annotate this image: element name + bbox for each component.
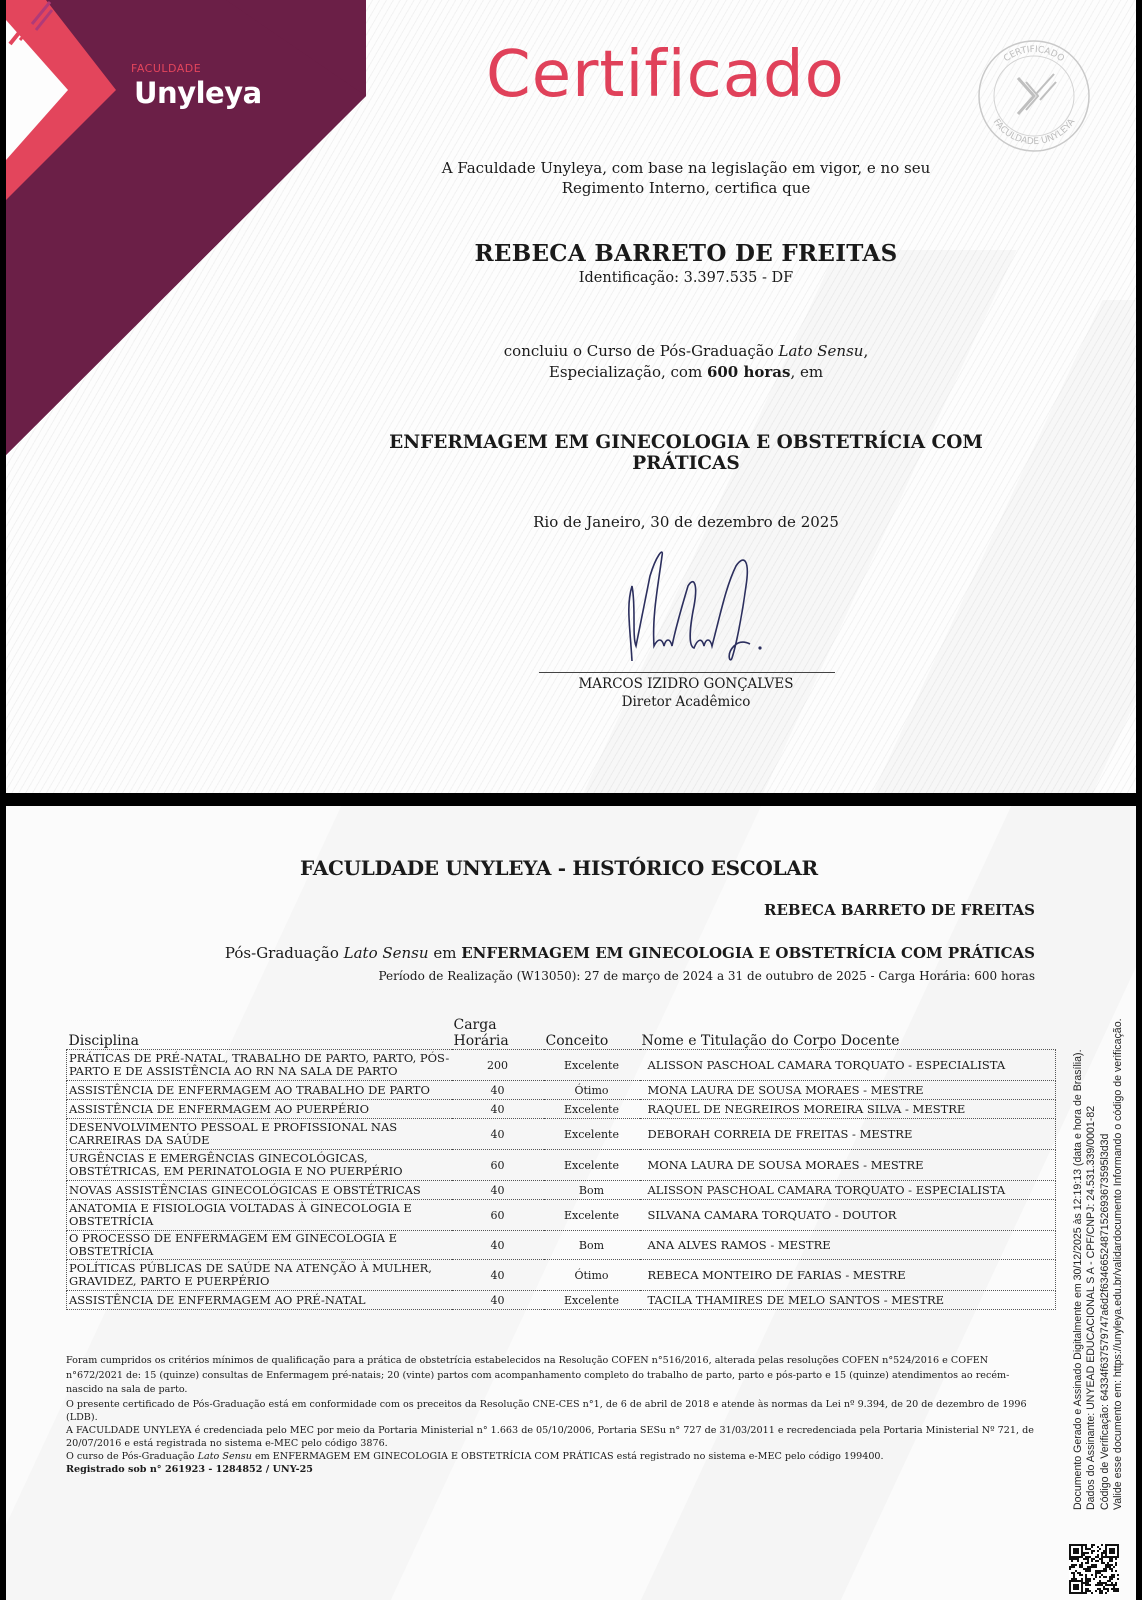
qr-code-icon[interactable] (1069, 1544, 1119, 1594)
svg-text:CERTIFICADO: CERTIFICADO (1002, 45, 1066, 64)
cell-grade: Excelente (544, 1100, 640, 1119)
intro-line-1: A Faculdade Unyleya, com base na legisla… (336, 158, 1036, 178)
table-row: O PROCESSO DE ENFERMAGEM EM GINECOLOGIA … (67, 1231, 1056, 1260)
cell-hours: 40 (452, 1231, 544, 1260)
note-cofen: Foram cumpridos os critérios mínimos de … (66, 1354, 1036, 1398)
header-discipline: Disciplina (67, 1015, 452, 1050)
cell-discipline: ASSISTÊNCIA DE ENFERMAGEM AO TRABALHO DE… (67, 1081, 452, 1100)
table-row: ASSISTÊNCIA DE ENFERMAGEM AO TRABALHO DE… (67, 1081, 1056, 1100)
cell-grade: Bom (544, 1181, 640, 1200)
cell-hours: 40 (452, 1081, 544, 1100)
stamp-line-1: Documento Gerado e Assinado Digitalmente… (1072, 1018, 1085, 1510)
cell-discipline: ASSISTÊNCIA DE ENFERMAGEM AO PRÉ-NATAL (67, 1291, 452, 1310)
cell-grade: Excelente (544, 1200, 640, 1231)
table-row: ANATOMIA E FISIOLOGIA VOLTADAS À GINECOL… (67, 1200, 1056, 1231)
cell-hours: 60 (452, 1150, 544, 1181)
cell-grade: Excelente (544, 1050, 640, 1081)
completion-line-2: Especialização, com 600 horas, em (336, 362, 1036, 383)
cell-teacher: REBECA MONTEIRO DE FARIAS - MESTRE (640, 1260, 1056, 1291)
table-row: DESENVOLVIMENTO PESSOAL E PROFISSIONAL N… (67, 1119, 1056, 1150)
seal-icon: CERTIFICADO FACULDADE UNYLEYA (976, 38, 1092, 154)
digital-signature-stamp: Documento Gerado e Assinado Digitalmente… (1072, 1018, 1125, 1510)
note-accreditation: A FACULDADE UNYLEYA é credenciada pelo M… (66, 1424, 1036, 1450)
cell-hours: 40 (452, 1260, 544, 1291)
transcript-student-name: REBECA BARRETO DE FREITAS (764, 901, 1035, 919)
cell-grade: Ótimo (544, 1081, 640, 1100)
cell-teacher: ANA ALVES RAMOS - MESTRE (640, 1231, 1056, 1260)
cell-teacher: RAQUEL DE NEGREIROS MOREIRA SILVA - MEST… (640, 1100, 1056, 1119)
cell-grade: Ótimo (544, 1260, 640, 1291)
signature-icon (602, 546, 772, 671)
table-row: NOVAS ASSISTÊNCIAS GINECOLÓGICAS E OBSTÉ… (67, 1181, 1056, 1200)
cell-discipline: DESENVOLVIMENTO PESSOAL E PROFISSIONAL N… (67, 1119, 452, 1150)
cell-hours: 40 (452, 1119, 544, 1150)
cell-grade: Excelente (544, 1150, 640, 1181)
transcript-period: Período de Realização (W13050): 27 de ma… (378, 969, 1035, 983)
note-conformity: O presente certificado de Pós-Graduação … (66, 1398, 1036, 1424)
cell-discipline: ANATOMIA E FISIOLOGIA VOLTADAS À GINECOL… (67, 1200, 452, 1231)
course-name: ENFERMAGEM EM GINECOLOGIA E OBSTETRÍCIA … (336, 432, 1036, 474)
cell-teacher: TACILA THAMIRES DE MELO SANTOS - MESTRE (640, 1291, 1056, 1310)
transcript-notes: Foram cumpridos os critérios mínimos de … (66, 1354, 1036, 1476)
completion-statement: concluiu o Curso de Pós-Graduação Lato S… (336, 341, 1036, 383)
cell-discipline: POLÍTICAS PÚBLICAS DE SAÚDE NA ATENÇÃO À… (67, 1260, 452, 1291)
cell-teacher: SILVANA CAMARA TORQUATO - DOUTOR (640, 1200, 1056, 1231)
note-registration: Registrado sob n° 261923 - 1284852 / UNY… (66, 1463, 1036, 1476)
cell-grade: Excelente (544, 1119, 640, 1150)
table-row: POLÍTICAS PÚBLICAS DE SAÚDE NA ATENÇÃO À… (67, 1260, 1056, 1291)
cell-teacher: ALISSON PASCHOAL CAMARA TORQUATO - ESPEC… (640, 1181, 1056, 1200)
signer-role: Diretor Acadêmico (336, 694, 1036, 710)
student-id: Identificação: 3.397.535 - DF (336, 270, 1036, 286)
header-teacher: Nome e Titulação do Corpo Docente (640, 1015, 1056, 1050)
cell-grade: Bom (544, 1231, 640, 1260)
cell-discipline: PRÁTICAS DE PRÉ-NATAL, TRABALHO DE PARTO… (67, 1050, 452, 1081)
table-row: ASSISTÊNCIA DE ENFERMAGEM AO PUERPÉRIO40… (67, 1100, 1056, 1119)
chevron-logo-icon (6, 0, 54, 60)
table-row: PRÁTICAS DE PRÉ-NATAL, TRABALHO DE PARTO… (67, 1050, 1056, 1081)
logo-banner: FACULDADE Unyleya (6, 0, 376, 460)
certificate-intro: A Faculdade Unyleya, com base na legisla… (336, 158, 1036, 198)
table-header-row: Disciplina Carga Horária Conceito Nome e… (67, 1015, 1056, 1050)
note-emec: O curso de Pós-Graduação Lato Sensu em E… (66, 1450, 1036, 1463)
header-hours: Carga Horária (452, 1015, 544, 1050)
cell-hours: 40 (452, 1291, 544, 1310)
header-grade: Conceito (544, 1015, 640, 1050)
signature-line (539, 672, 835, 673)
cell-hours: 40 (452, 1100, 544, 1119)
cell-teacher: MONA LAURA DE SOUSA MORAES - MESTRE (640, 1081, 1056, 1100)
cell-discipline: O PROCESSO DE ENFERMAGEM EM GINECOLOGIA … (67, 1231, 452, 1260)
intro-line-2: Regimento Interno, certifica que (336, 178, 1036, 198)
signer-name: MARCOS IZIDRO GONÇALVES (336, 676, 1036, 692)
cell-teacher: DEBORAH CORREIA DE FREITAS - MESTRE (640, 1119, 1056, 1150)
completion-line-1: concluiu o Curso de Pós-Graduação Lato S… (336, 341, 1036, 362)
transcript-course: Pós-Graduação Lato Sensu em ENFERMAGEM E… (225, 944, 1035, 962)
logo-name: Unyleya (134, 76, 262, 110)
cell-hours: 60 (452, 1200, 544, 1231)
cell-teacher: MONA LAURA DE SOUSA MORAES - MESTRE (640, 1150, 1056, 1181)
stamp-line-3: Código de Verificação: 64334f637579747a6… (1099, 1018, 1112, 1510)
stamp-line-2: Dados do Assinante: UNYEAD EDUCACIONAL S… (1085, 1018, 1098, 1510)
cell-discipline: ASSISTÊNCIA DE ENFERMAGEM AO PUERPÉRIO (67, 1100, 452, 1119)
stamp-line-4: Valide esse documento em: https://unyley… (1112, 1018, 1125, 1510)
cell-teacher: ALISSON PASCHOAL CAMARA TORQUATO - ESPEC… (640, 1050, 1056, 1081)
certificate-title: Certificado (486, 38, 845, 112)
logo-faculdade-text: FACULDADE (131, 62, 201, 75)
table-row: ASSISTÊNCIA DE ENFERMAGEM AO PRÉ-NATAL40… (67, 1291, 1056, 1310)
cell-grade: Excelente (544, 1291, 640, 1310)
certificate-page: FACULDADE Unyleya Certificado CERTIFICAD… (6, 0, 1136, 793)
cell-hours: 200 (452, 1050, 544, 1081)
table-row: URGÊNCIAS E EMERGÊNCIAS GINECOLÓGICAS, O… (67, 1150, 1056, 1181)
student-name: REBECA BARRETO DE FREITAS (336, 240, 1036, 267)
cell-discipline: URGÊNCIAS E EMERGÊNCIAS GINECOLÓGICAS, O… (67, 1150, 452, 1181)
cell-hours: 40 (452, 1181, 544, 1200)
place-date: Rio de Janeiro, 30 de dezembro de 2025 (336, 513, 1036, 531)
transcript-title: FACULDADE UNYLEYA - HISTÓRICO ESCOLAR (300, 856, 818, 880)
grades-table: Disciplina Carga Horária Conceito Nome e… (66, 1015, 1056, 1310)
cell-discipline: NOVAS ASSISTÊNCIAS GINECOLÓGICAS E OBSTÉ… (67, 1181, 452, 1200)
